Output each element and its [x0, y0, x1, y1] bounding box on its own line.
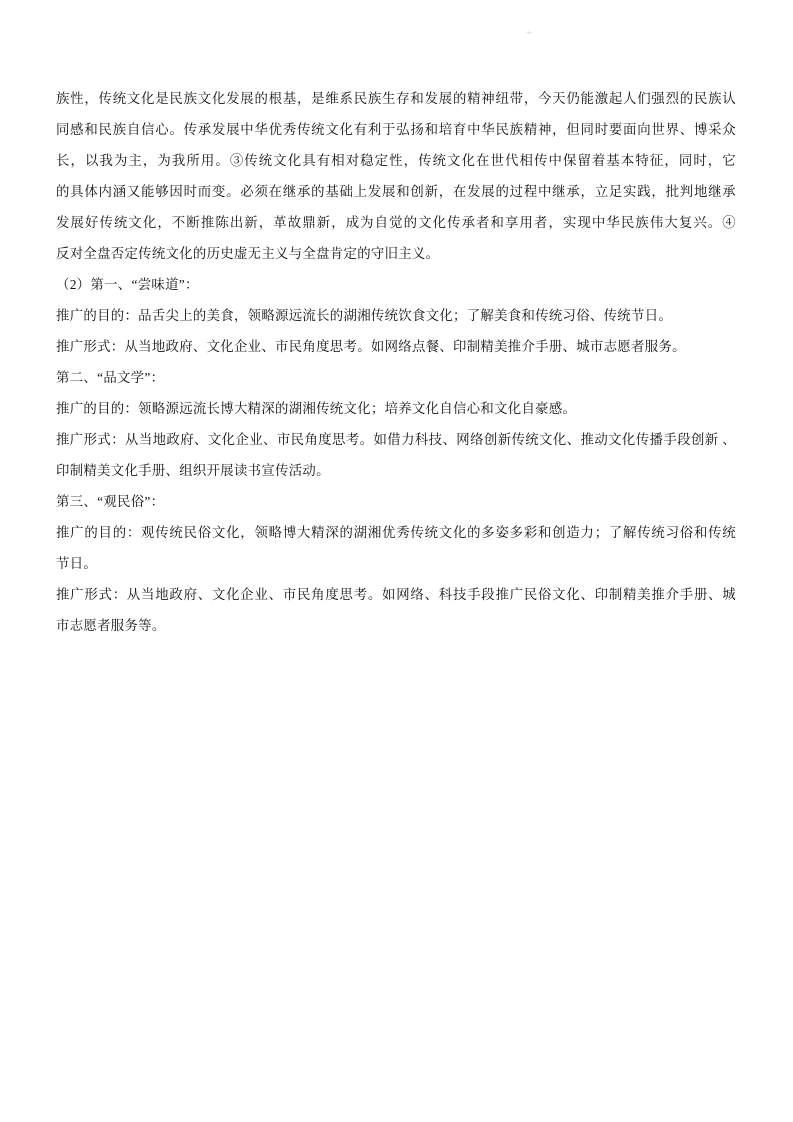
- text-line-answer-2-heading-2: 第二、“品文学”：: [56, 362, 736, 393]
- text-line-answer-2-item-1: 推广形式：从当地政府、文化企业、市民角度思考。如网络点餐、印制精美推介手册、城市…: [56, 331, 736, 362]
- text-line-answer-1-continuation: 发展好传统文化，不断推陈出新，革故鼎新，成为自觉的文化传承者和享用者，实现中华民…: [56, 207, 736, 238]
- text-line-answer-1-continuation: 反对全盘否定传统文化的历史虚无主义与全盘肯定的守旧主义。: [56, 238, 736, 269]
- text-line-answer-2-item-2: 印制精美文化手册、组织开展读书宣传活动。: [56, 455, 736, 486]
- text-line-answer-2-item-2: 推广的目的：领略源远流长博大精深的湖湘传统文化；培养文化自信心和文化自豪感。: [56, 393, 736, 424]
- text-line-answer-2-item-3: 推广的目的：观传统民俗文化，领略博大精深的湖湘优秀传统文化的多姿多彩和创造力；了…: [56, 517, 736, 548]
- text-line-answer-2-item-1: 推广的目的：品舌尖上的美食，领略源远流长的湖湘传统饮食文化；了解美食和传统习俗、…: [56, 300, 736, 331]
- document-text-body: 族性，传统文化是民族文化发展的根基，是维系民族生存和发展的精神纽带，今天仍能激起…: [56, 83, 736, 641]
- text-line-answer-2-item-2: 推广形式：从当地政府、文化企业、市民角度思考。如借力科技、网络创新传统文化、推动…: [56, 424, 736, 455]
- text-line-answer-2-item-3: 市志愿者服务等。: [56, 610, 736, 641]
- text-line-answer-2-heading-1: （2）第一、“尝味道”：: [56, 269, 736, 300]
- text-line-answer-1-continuation: 族性，传统文化是民族文化发展的根基，是维系民族生存和发展的精神纽带，今天仍能激起…: [56, 83, 736, 114]
- text-line-answer-1-continuation: 同感和民族自信心。传承发展中华优秀传统文化有利于弘扬和培育中华民族精神，但同时要…: [56, 114, 736, 145]
- text-line-answer-1-continuation: 的具体内涵又能够因时而变。必须在继承的基础上发展和创新，在发展的过程中继承，立足…: [56, 176, 736, 207]
- text-line-answer-2-heading-3: 第三、“观民俗”：: [56, 486, 736, 517]
- text-line-answer-1-continuation: 长，以我为主，为我所用。③传统文化具有相对稳定性，传统文化在世代相传中保留着基本…: [56, 145, 736, 176]
- document-page: + 族性，传统文化是民族文化发展的根基，是维系民族生存和发展的精神纽带，今天仍能…: [0, 0, 793, 1122]
- text-line-answer-2-item-3: 节日。: [56, 548, 736, 579]
- text-line-answer-2-item-3: 推广形式：从当地政府、文化企业、市民角度思考。如网络、科技手段推广民俗文化、印制…: [56, 579, 736, 610]
- scan-artifact-mark: +: [522, 26, 536, 40]
